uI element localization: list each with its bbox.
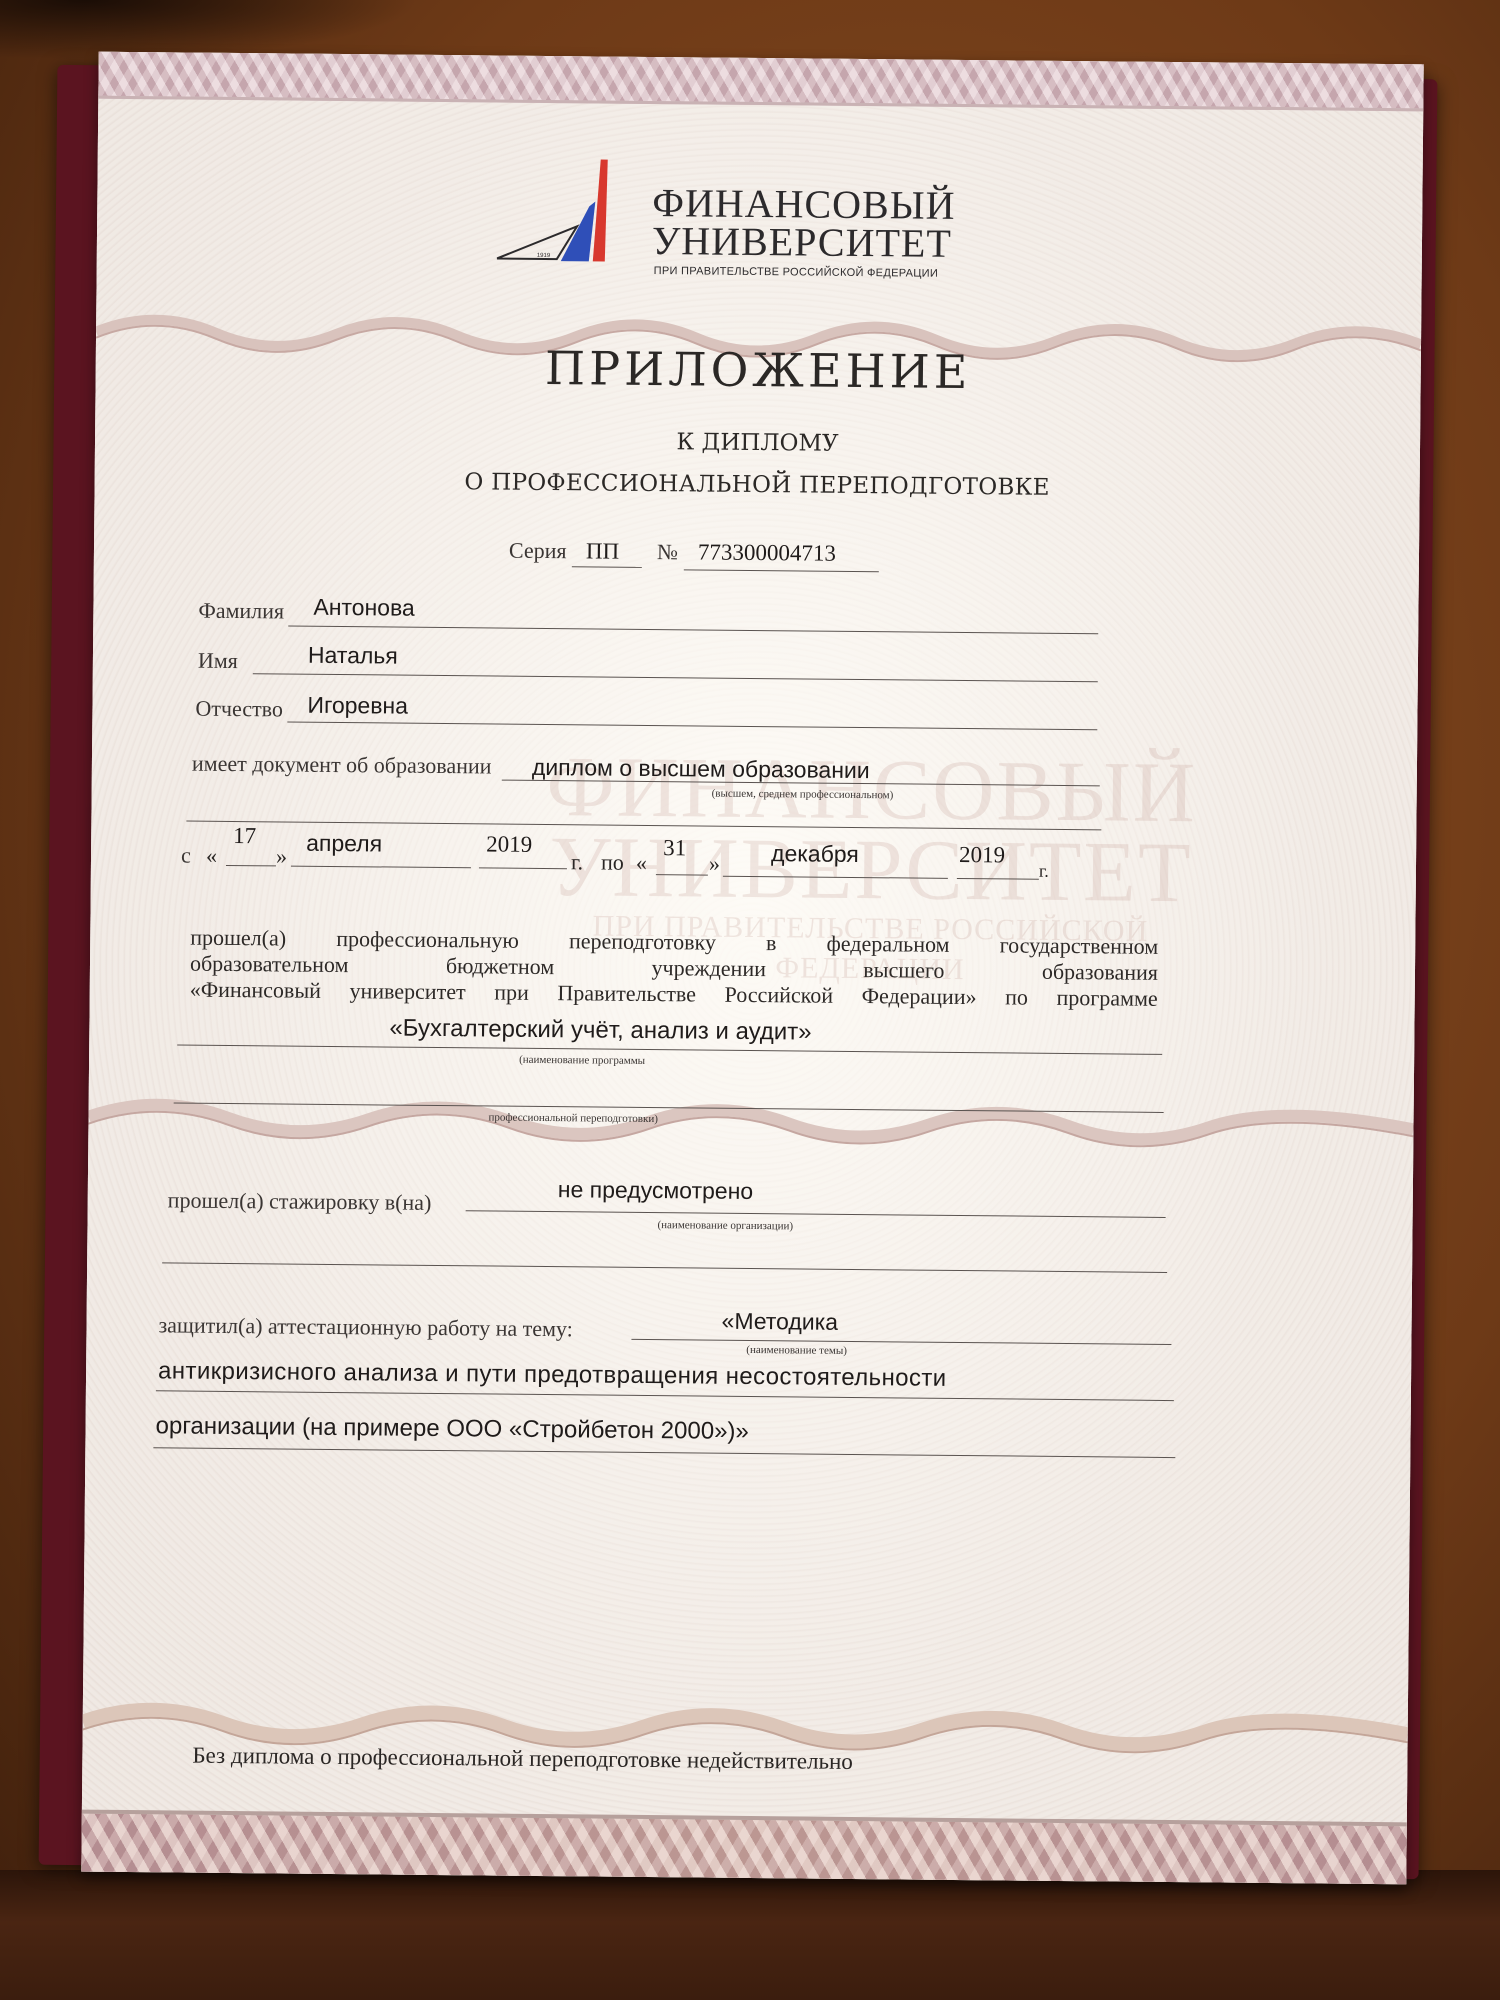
quote-mark: « <box>206 843 217 868</box>
document-title: ПРИЛОЖЕНИЕ <box>96 337 1421 404</box>
thesis-title-line3: организации (на примере ООО «Стройбетон … <box>155 1412 749 1446</box>
quote-mark: » <box>709 851 720 876</box>
internship-hint: (наименование организации) <box>657 1219 793 1232</box>
period-row: с <box>181 843 191 869</box>
to-year-suffix: г. <box>1039 861 1049 882</box>
thesis-line-3 <box>153 1447 1175 1458</box>
internship-value: не предусмотрено <box>558 1176 754 1205</box>
document-subtitle: К ДИПЛОМУ <box>95 424 1420 463</box>
program-name-value: «Бухгалтерский учёт, анализ и аудит» <box>389 1015 811 1047</box>
internship-extra-line <box>162 1262 1167 1273</box>
svg-text:1919: 1919 <box>537 253 551 259</box>
thesis-line-2 <box>156 1390 1174 1401</box>
name-row: Имя <box>198 648 238 674</box>
from-year-suffix: г. <box>571 849 583 875</box>
number-label: № <box>657 539 678 564</box>
to-day-line <box>656 874 708 875</box>
series-line <box>572 566 642 568</box>
period-to-prefix: по <box>601 850 624 876</box>
number-line <box>684 569 879 572</box>
name-value: Наталья <box>308 642 398 670</box>
top-ornament-band <box>98 52 1423 112</box>
patronymic-label: Отчество <box>195 696 283 722</box>
series-label: Серия <box>509 538 567 564</box>
period-to-label: по <box>601 850 624 875</box>
program-hint: (наименование программы <box>519 1054 645 1067</box>
bottom-ornament-band <box>81 1810 1407 1885</box>
university-name-line2: УНИВЕРСИТЕТ <box>652 222 956 263</box>
education-label: имеет документ об образовании <box>192 751 492 779</box>
education-hint: (высшем, среднем профессиональном) <box>712 788 894 802</box>
year-suffix: г. <box>1039 861 1049 881</box>
to-month-line <box>723 876 948 879</box>
from-close-quote: » <box>276 843 287 869</box>
program-line <box>177 1044 1162 1054</box>
to-open-quote: « <box>636 850 647 876</box>
to-day-value: 31 <box>663 835 686 861</box>
from-day-value: 17 <box>233 823 256 849</box>
year-suffix: г. <box>571 849 583 874</box>
from-open-quote: « <box>206 843 217 869</box>
validity-note: Без диплома о профессиональной переподго… <box>192 1743 853 1775</box>
watermark-line: УНИВЕРСИТЕТ <box>521 826 1222 913</box>
patronymic-value: Игоревна <box>307 692 408 720</box>
guilloche-wave-middle <box>88 1087 1414 1160</box>
retraining-paragraph: прошел(а) профессиональную переподготовк… <box>190 925 1159 1012</box>
internship-line <box>466 1210 1166 1218</box>
to-month-value: декабря <box>771 840 859 868</box>
thesis-label: защитил(а) аттестационную работу на тему… <box>158 1312 573 1341</box>
floor-background <box>0 1870 1500 2000</box>
surname-value: Антонова <box>313 594 415 622</box>
quote-mark: » <box>276 843 287 868</box>
document-number-value: 773300004713 <box>698 539 836 566</box>
thesis-line-1 <box>631 1339 1171 1345</box>
from-year-line <box>479 867 567 869</box>
university-name: ФИНАНСОВЫЙ УНИВЕРСИТЕТ <box>652 184 956 263</box>
surname-line <box>288 626 1098 635</box>
thesis-title-line1: «Методика <box>721 1308 838 1336</box>
patronymic-row: Отчество <box>195 696 283 723</box>
quote-mark: « <box>636 850 647 875</box>
education-extra-line <box>186 821 1101 831</box>
background-shadow <box>0 0 420 60</box>
name-line <box>253 673 1098 682</box>
from-day-line <box>226 865 276 866</box>
program-line-2 <box>174 1102 1164 1113</box>
diploma-supplement-page: ФИНАНСОВЫЙ УНИВЕРСИТЕТ ПРИ ПРАВИТЕЛЬСТВЕ… <box>81 52 1423 1885</box>
from-month-line <box>291 866 471 869</box>
to-year-value: 2019 <box>959 842 1005 868</box>
university-tagline: ПРИ ПРАВИТЕЛЬСТВЕ РОССИЙСКОЙ ФЕДЕРАЦИИ <box>654 265 939 280</box>
internship-label: прошел(а) стажировку в(на) <box>168 1187 432 1215</box>
surname-row: Фамилия <box>198 598 284 625</box>
internship-row: прошел(а) стажировку в(на) <box>168 1187 432 1216</box>
program-hint-2: профессиональной переподготовки) <box>488 1111 657 1125</box>
thesis-row: защитил(а) аттестационную работу на тему… <box>158 1312 573 1342</box>
series-value: ПП <box>586 538 619 564</box>
university-logo: 1919 ФИНАНСОВЫЙ УНИВЕРСИТЕТ ПРИ ПРАВИТЕЛ… <box>497 151 1058 266</box>
surname-label: Фамилия <box>198 598 284 624</box>
from-month-value: апреля <box>306 830 382 858</box>
name-label: Имя <box>198 648 238 673</box>
serial-number-row: Серия <box>509 538 567 565</box>
thesis-hint: (наименование темы) <box>746 1344 847 1357</box>
patronymic-line <box>287 722 1097 731</box>
education-row: имеет документ об образовании <box>192 751 492 780</box>
number-row: № <box>657 539 678 565</box>
to-year-line <box>957 878 1039 880</box>
period-from-prefix: с <box>181 843 191 868</box>
from-year-value: 2019 <box>486 831 532 857</box>
sail-logo-icon: 1919 <box>497 151 648 272</box>
thesis-title-line2: антикризисного анализа и пути предотвращ… <box>158 1357 947 1393</box>
to-close-quote: » <box>709 851 720 877</box>
document-subtitle: О ПРОФЕССИОНАЛЬНОЙ ПЕРЕПОДГОТОВКЕ <box>95 466 1420 505</box>
